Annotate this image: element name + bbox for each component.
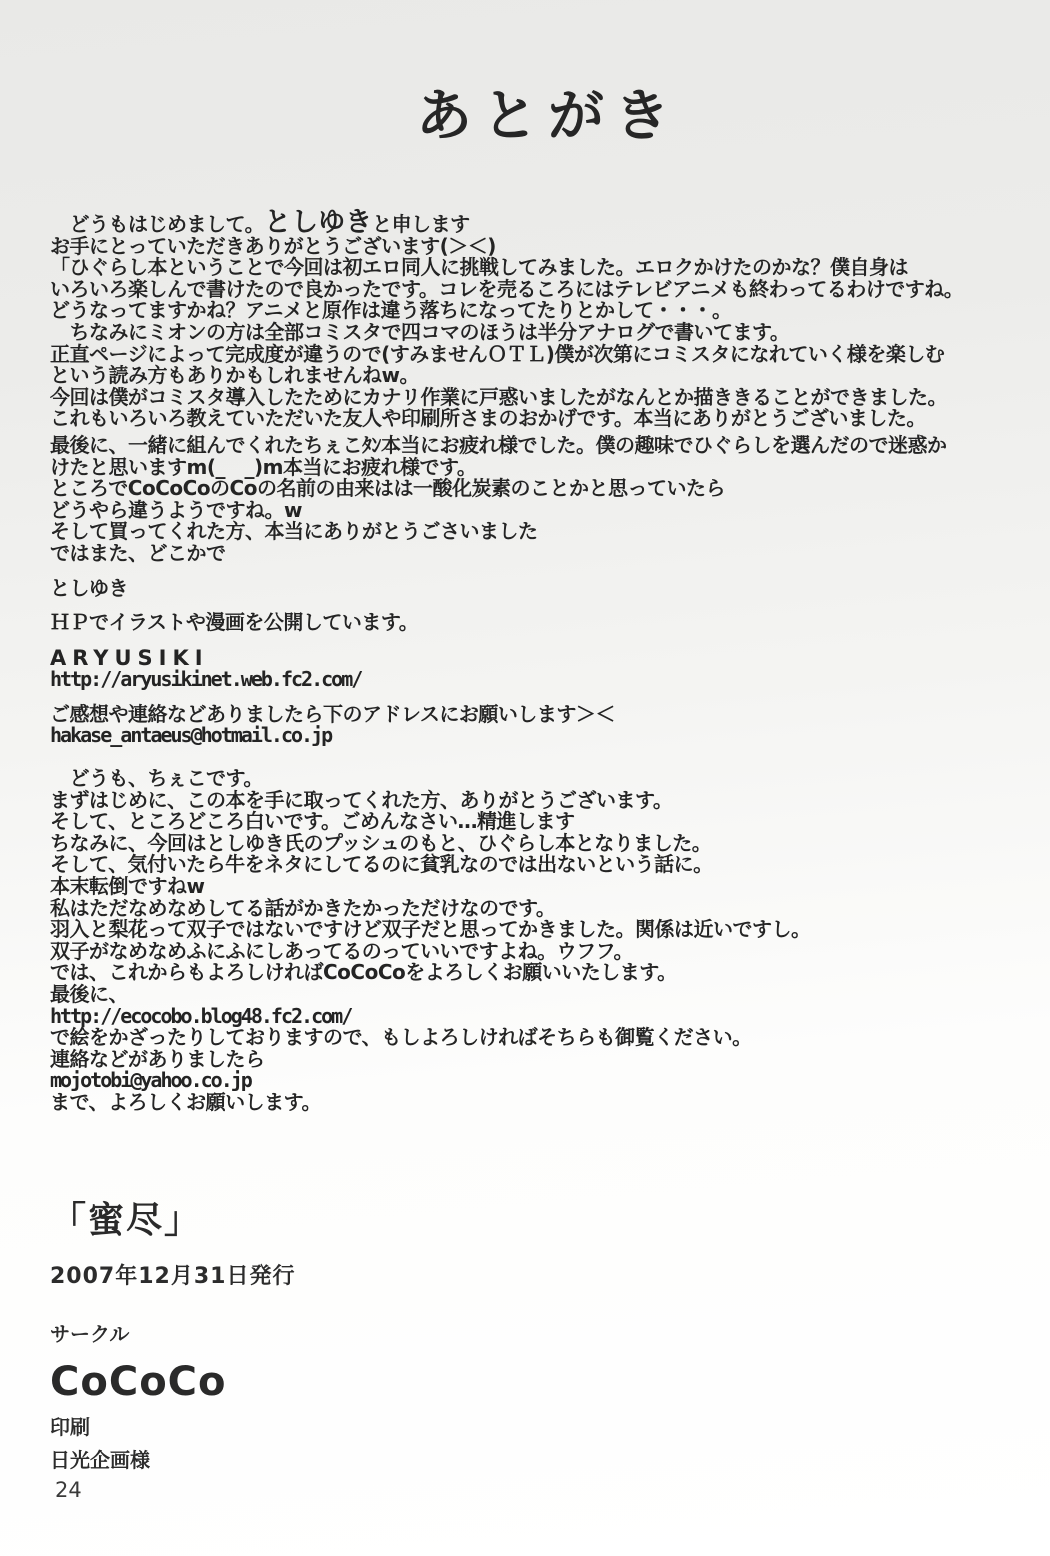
text-line: ところでCoCoCoのCoの名前の由来はは一酸化炭素のことかと思っていたら bbox=[50, 478, 1010, 500]
text-line: 本末転倒ですねw bbox=[50, 876, 1010, 898]
text-line: 私はただなめなめしてる話がかきたかっただけなのです。 bbox=[50, 898, 1010, 920]
printer-label: 印刷 bbox=[50, 1411, 1010, 1440]
text-line: これもいろいろ教えていただいた友人や印刷所さまのおかげです。本当にありがとうござ… bbox=[50, 408, 1010, 430]
text-line: そして、ところどころ白いです。ごめんなさい…精進します bbox=[50, 811, 1010, 833]
circle-name: CoCoCo bbox=[50, 1359, 1010, 1405]
text-line: 最後に、 bbox=[50, 984, 1010, 1006]
text-line: けたと思いますm(_ _)m本当にお疲れ様です。 bbox=[50, 457, 1010, 479]
greeting-prefix: どうもはじめまして。 bbox=[50, 212, 264, 236]
toshiyuki-email: hakase_antaeus@hotmail.co.jp bbox=[50, 725, 1010, 747]
page-number: 24 bbox=[55, 1478, 82, 1502]
cheko-paragraph-1: どうも、ちぇこです。まずはじめに、この本を手に取ってくれた方、ありがとうございま… bbox=[50, 768, 1010, 1006]
page-title: あとがき bbox=[68, 72, 1028, 152]
toshiyuki-contact-note: ご感想や連絡などありましたら下のアドレスにお願いします＞＜ bbox=[50, 704, 1010, 726]
text-line: どうやら違うようですね。w bbox=[50, 500, 1010, 522]
toshiyuki-paragraph-2: 最後に、一緒に組んでくれたちぇこﾀﾝ本当にお疲れ様でした。僕の趣味でひぐらしを選… bbox=[50, 435, 1010, 565]
colophon: 「蜜尽」 2007年12月31日発行 サークル CoCoCo 印刷 日光企画様 bbox=[50, 1192, 1010, 1473]
text-line: ちなみにミオンの方は全部コミスタで四コマのほうは半分アナログで書いてます。 bbox=[50, 322, 1010, 344]
text-line: 連絡などがありましたら bbox=[50, 1049, 1010, 1071]
text-line: 「ひぐらし本ということで今回は初エロ同人に挑戦してみました。エロクかけたのかな？… bbox=[50, 257, 1010, 279]
printer-name: 日光企画様 bbox=[50, 1444, 1010, 1473]
text-line: という読み方もありかもしれませんねw。 bbox=[50, 365, 1010, 387]
text-line: いろいろ楽しんで書けたので良かったです。コレを売るころにはテレビアニメも終わって… bbox=[50, 279, 1010, 301]
text-line: 羽入と梨花って双子ではないですけど双子だと思ってかきました。関係は近いですし。 bbox=[50, 919, 1010, 941]
toshiyuki-site-name: ARYUSIKI bbox=[50, 648, 1010, 670]
greeting-suffix: と申します bbox=[372, 212, 470, 236]
text-line: 今回は僕がコミスタ導入したためにカナリ作業に戸惑いましたがなんとか描ききることが… bbox=[50, 387, 1010, 409]
toshiyuki-paragraph-1: お手にとっていただきありがとうございます(＞＜)「ひぐらし本ということで今回は初… bbox=[50, 236, 1010, 430]
text-line: まで、よろしくお願いします。 bbox=[50, 1092, 1010, 1114]
toshiyuki-greeting-line: どうもはじめまして。としゆきと申します bbox=[50, 212, 1010, 236]
circle-label: サークル bbox=[50, 1318, 1010, 1347]
text-line: 最後に、一緒に組んでくれたちぇこﾀﾝ本当にお疲れ様でした。僕の趣味でひぐらしを選… bbox=[50, 435, 1010, 457]
cheko-email: mojotobi@yahoo.co.jp bbox=[50, 1070, 1010, 1092]
afterword-page: あとがき どうもはじめまして。としゆきと申します お手にとっていただきありがとう… bbox=[0, 0, 1050, 1556]
cheko-paragraph-2: で絵をかざったりしておりますので、もしよろしければそちらも御覧ください。連絡など… bbox=[50, 1027, 1010, 1070]
text-line: そして、気付いたら牛をネタにしてるのに貧乳なのでは出ないという話に。 bbox=[50, 854, 1010, 876]
cheko-blog-url: http://ecocobo.blog48.fc2.com/ bbox=[50, 1006, 1010, 1028]
cheko-paragraph-3: まで、よろしくお願いします。 bbox=[50, 1092, 1010, 1114]
book-title: 「蜜尽」 bbox=[50, 1192, 1010, 1243]
text-line: どうも、ちぇこです。 bbox=[50, 768, 1010, 790]
toshiyuki-site-url: http://aryusikinet.web.fc2.com/ bbox=[50, 669, 1010, 691]
text-line: で絵をかざったりしておりますので、もしよろしければそちらも御覧ください。 bbox=[50, 1027, 1010, 1049]
text-line: ではまた、どこかで bbox=[50, 543, 1010, 565]
text-line: お手にとっていただきありがとうございます(＞＜) bbox=[50, 236, 1010, 258]
text-line: どうなってますかね？アニメと原作は違う落ちになってたりとかして・・・。 bbox=[50, 300, 1010, 322]
publish-date: 2007年12月31日発行 bbox=[50, 1259, 1010, 1290]
toshiyuki-signature: としゆき bbox=[50, 578, 1010, 600]
text-line: 双子がなめなめふにふにしあってるのっていいですよね。ウフフ。 bbox=[50, 941, 1010, 963]
toshiyuki-hp-note: ＨＰでイラストや漫画を公開しています。 bbox=[50, 612, 1010, 634]
text-line: そして買ってくれた方、本当にありがとうごさいました bbox=[50, 521, 1010, 543]
text-line: では、これからもよろしければCoCoCoをよろしくお願いいたします。 bbox=[50, 962, 1010, 984]
text-line: 正直ページによって完成度が違うので(すみませんＯＴＬ)僕が次第にコミスタになれて… bbox=[50, 344, 1010, 366]
text-line: ちなみに、今回はとしゆき氏のプッシュのもと、ひぐらし本となりました。 bbox=[50, 833, 1010, 855]
text-line: まずはじめに、この本を手に取ってくれた方、ありがとうございます。 bbox=[50, 790, 1010, 812]
